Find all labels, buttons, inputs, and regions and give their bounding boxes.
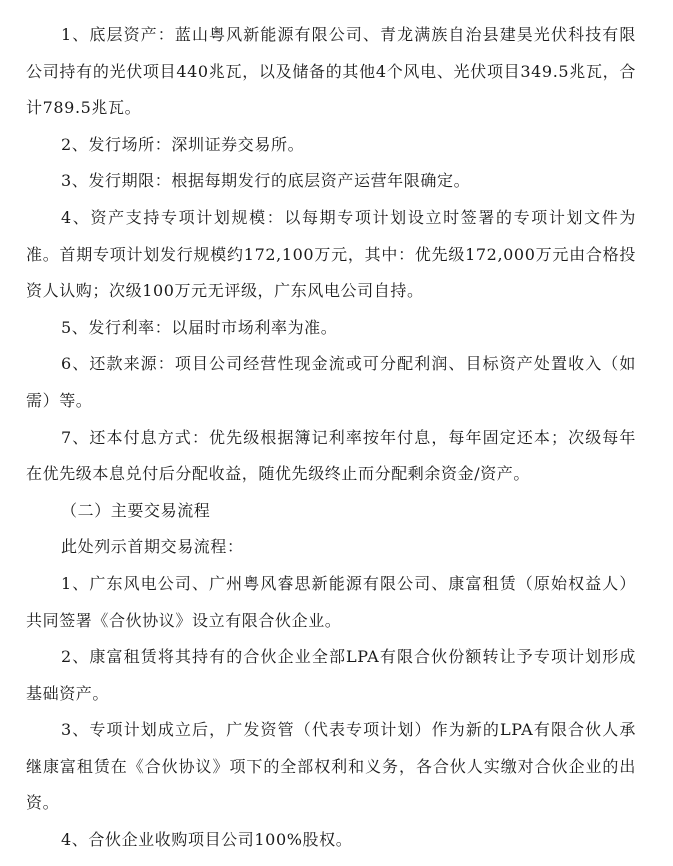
paragraph-repayment-method: 7、还本付息方式：优先级根据簿记利率按年付息，每年固定还本；次级每年在优先级本息… — [26, 420, 636, 493]
paragraph-interest-rate: 5、发行利率：以届时市场利率为准。 — [26, 310, 636, 347]
paragraph-underlying-assets: 1、底层资产：蓝山粤风新能源有限公司、青龙满族自治县建昊光伏科技有限公司持有的光… — [26, 17, 636, 127]
document-page: 1、底层资产：蓝山粤风新能源有限公司、青龙满族自治县建昊光伏科技有限公司持有的光… — [26, 17, 636, 859]
section-heading: （二）主要交易流程 — [26, 493, 636, 530]
paragraph-issuance-venue: 2、发行场所：深圳证券交易所。 — [26, 127, 636, 164]
paragraph-flow-step-4: 4、合伙企业收购项目公司100%股权。 — [26, 822, 636, 859]
section-intro: 此处列示首期交易流程： — [26, 529, 636, 566]
paragraph-flow-step-2: 2、康富租赁将其持有的合伙企业全部LPA有限合伙份额转让予专项计划形成基础资产。 — [26, 639, 636, 712]
paragraph-issuance-term: 3、发行期限：根据每期发行的底层资产运营年限确定。 — [26, 163, 636, 200]
paragraph-repayment-source: 6、还款来源：项目公司经营性现金流或可分配利润、目标资产处置收入（如需）等。 — [26, 346, 636, 419]
paragraph-program-scale: 4、资产支持专项计划规模：以每期专项计划设立时签署的专项计划文件为准。首期专项计… — [26, 200, 636, 310]
paragraph-flow-step-1: 1、广东风电公司、广州粤风睿思新能源有限公司、康富租赁（原始权益人）共同签署《合… — [26, 566, 636, 639]
paragraph-flow-step-3: 3、专项计划成立后，广发资管（代表专项计划）作为新的LPA有限合伙人承继康富租赁… — [26, 712, 636, 822]
